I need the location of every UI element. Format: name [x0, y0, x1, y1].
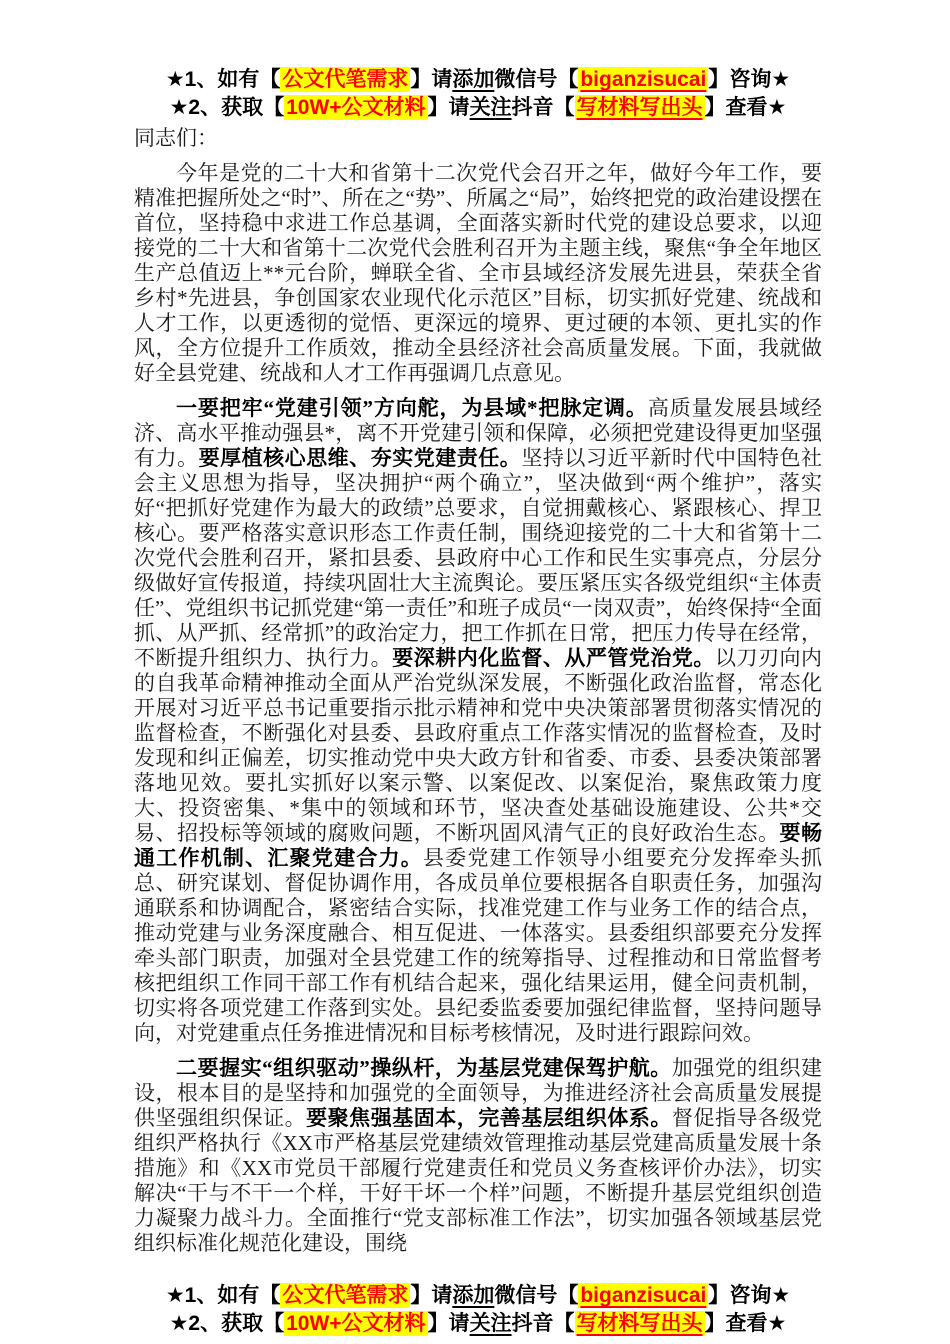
text-run: ★2、获取【: [170, 1312, 285, 1335]
promo-header: ★1、如有【公文代笔需求】请添加微信号【biganzisucai】咨询★ ★2、…: [134, 66, 822, 122]
text-run: ★1、如有【: [166, 68, 281, 91]
text-run: 微信号【: [494, 1284, 578, 1307]
text-run: 】咨询★: [708, 68, 790, 91]
bold-lead: 要聚焦强基固本，完善基层组织体系。: [306, 1106, 672, 1130]
text-run: 】查看★: [705, 96, 787, 119]
bold-lead: 要深耕内化监督、从严管党治党。: [392, 646, 715, 670]
text-run: 抖音【: [512, 96, 575, 119]
highlighted-text: biganzisucai: [578, 67, 708, 92]
text-run: 坚持以习近平新时代中国特色社会主义思想为指导，坚决拥护“两个确立”，坚决做到“两…: [134, 446, 822, 670]
text-run: 抖音【: [512, 1312, 575, 1335]
highlighted-text: 公文代笔需求: [280, 67, 410, 92]
text-run: 添加: [452, 1284, 494, 1307]
highlighted-text: 写材料写出头: [575, 95, 705, 120]
promo-header-line-2: ★2、获取【10W+公文材料】请关注抖音【写材料写出头】查看★: [134, 94, 822, 122]
salutation: 同志们：: [134, 126, 822, 151]
text-run: 】请: [410, 1284, 452, 1307]
highlighted-text: 公文代笔需求: [280, 1283, 410, 1308]
body-paragraph: 今年是党的二十大和省第十二次党代会召开之年，做好今年工作，要精准把握所处之“时”…: [134, 161, 822, 386]
promo-footer-line-1: ★1、如有【公文代笔需求】请添加微信号【biganzisucai】咨询★: [134, 1282, 822, 1310]
promo-footer-line-2: ★2、获取【10W+公文材料】请关注抖音【写材料写出头】查看★: [134, 1310, 822, 1338]
highlighted-text: 10W+公文材料: [284, 1311, 427, 1336]
text-run: 】请: [428, 96, 470, 119]
text-run: 关注: [470, 1312, 512, 1335]
text-run: 微信号【: [494, 68, 578, 91]
highlighted-text: 10W+公文材料: [284, 95, 427, 120]
bold-lead: 要厚植核心思维、夯实党建责任。: [199, 446, 522, 470]
text-run: 添加: [452, 68, 494, 91]
bold-lead: 二要握实“组织驱动”操纵杆，为基层党建保驾护航。: [176, 1056, 672, 1080]
bold-lead: 一要把牢“党建引领”方向舵，为县域*把脉定调。: [176, 396, 648, 420]
document-body: 今年是党的二十大和省第十二次党代会召开之年，做好今年工作，要精准把握所处之“时”…: [134, 161, 822, 1256]
text-run: 今年是党的二十大和省第十二次党代会召开之年，做好今年工作，要精准把握所处之“时”…: [134, 161, 822, 385]
promo-header-line-1: ★1、如有【公文代笔需求】请添加微信号【biganzisucai】咨询★: [134, 66, 822, 94]
text-run: 】请: [410, 68, 452, 91]
document-page: ★1、如有【公文代笔需求】请添加微信号【biganzisucai】咨询★ ★2、…: [0, 0, 950, 1344]
text-run: 关注: [470, 96, 512, 119]
highlighted-text: biganzisucai: [578, 1283, 708, 1308]
body-paragraph: 一要把牢“党建引领”方向舵，为县域*把脉定调。高质量发展县域经济、高水平推动强县…: [134, 396, 822, 1046]
text-run: 】查看★: [705, 1312, 787, 1335]
highlighted-text: 写材料写出头: [575, 1311, 705, 1336]
text-run: 】咨询★: [708, 1284, 790, 1307]
text-run: 以刀刃向内的自我革命精神推动全面从严治党纵深发展，不断强化政治监督，常态化开展对…: [134, 646, 822, 845]
text-run: 县委党建工作领导小组要充分发挥牵头抓总、研究谋划、督促协调作用，各成员单位要根据…: [134, 846, 822, 1045]
text-run: ★1、如有【: [166, 1284, 281, 1307]
text-run: ★2、获取【: [170, 96, 285, 119]
body-paragraph: 二要握实“组织驱动”操纵杆，为基层党建保驾护航。加强党的组织建设，根本目的是坚持…: [134, 1056, 822, 1256]
promo-footer: ★1、如有【公文代笔需求】请添加微信号【biganzisucai】咨询★ ★2、…: [134, 1282, 822, 1338]
text-run: 】请: [428, 1312, 470, 1335]
